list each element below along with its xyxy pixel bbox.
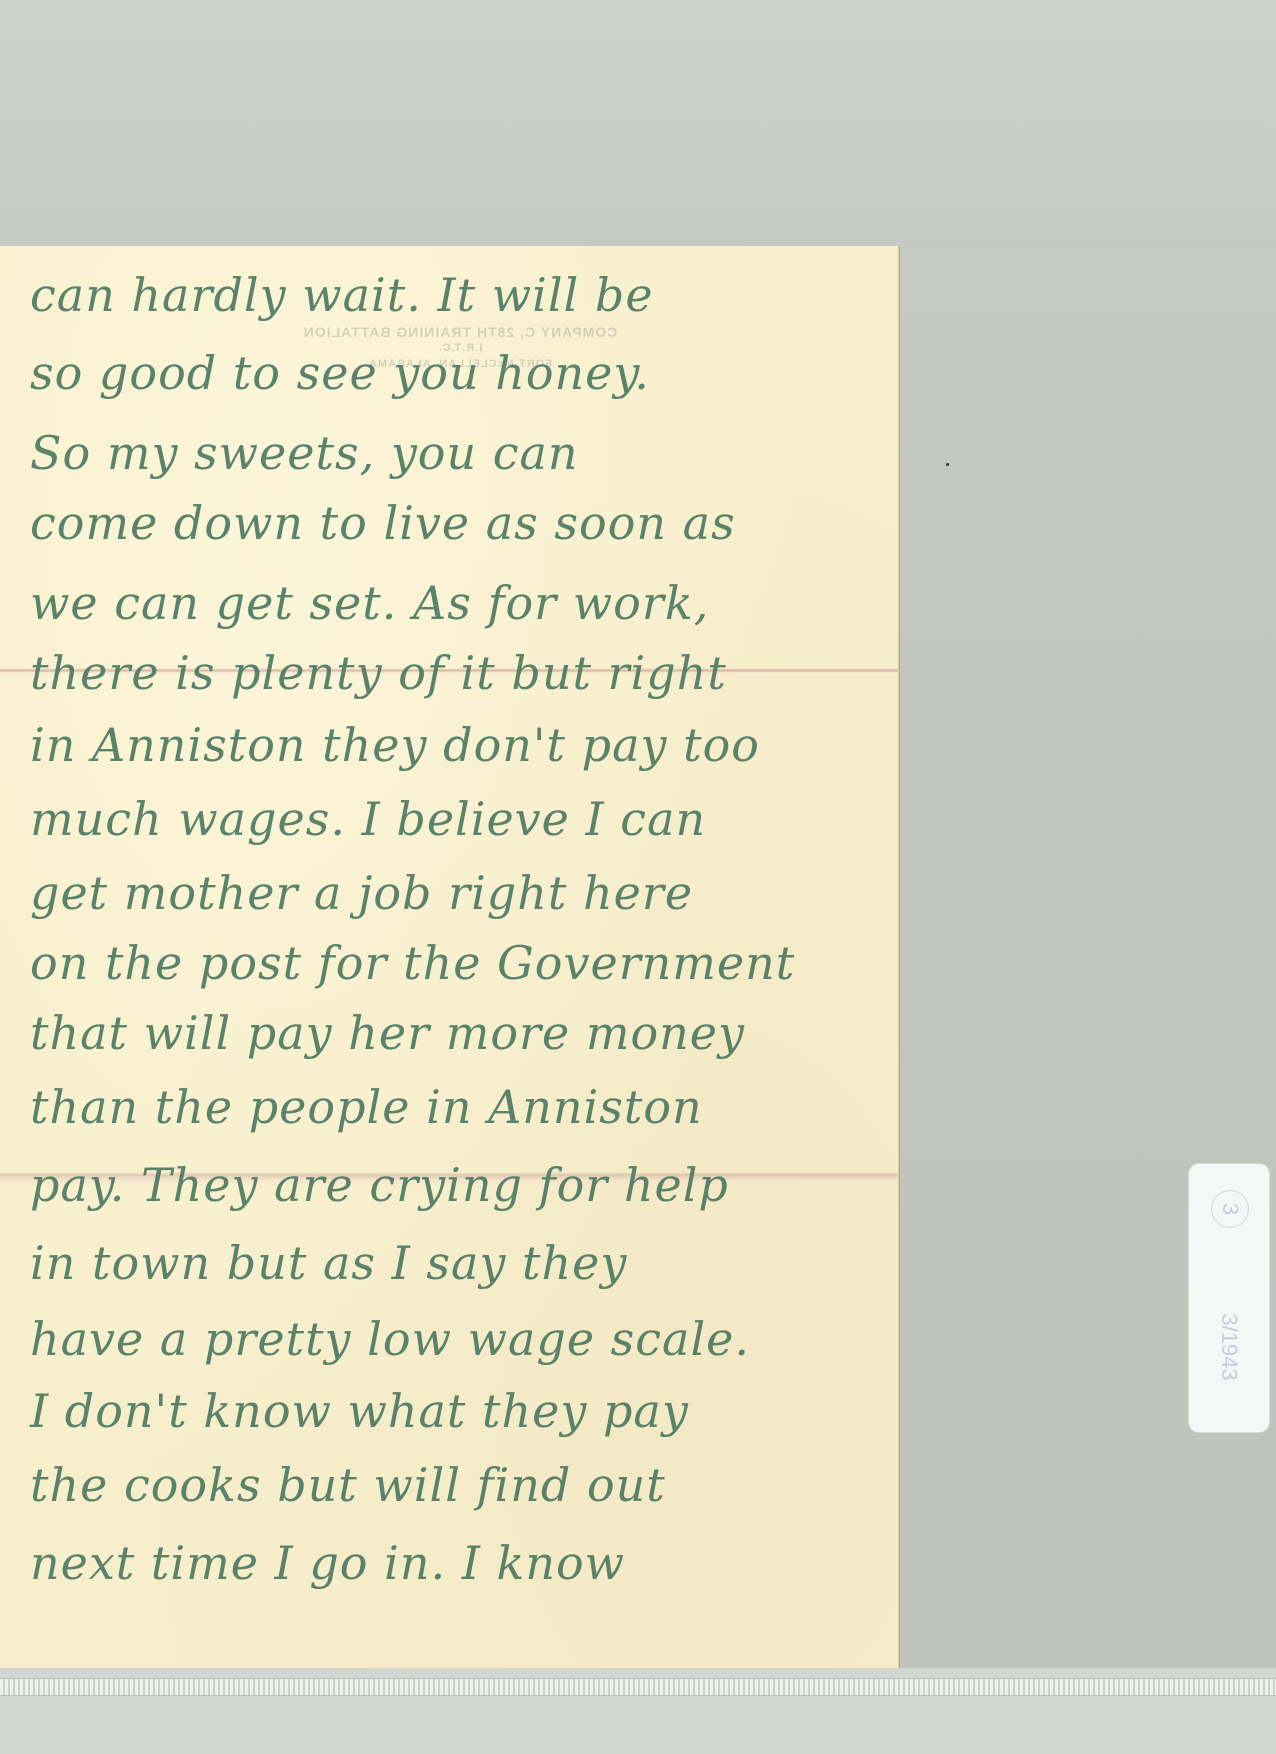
handwritten-line: we can get set. As for work, xyxy=(30,576,860,630)
handwritten-line: pay. They are crying for help xyxy=(30,1158,860,1212)
handwritten-line: come down to live as soon as xyxy=(30,496,860,550)
sleeve-seam xyxy=(0,1678,1276,1696)
handwritten-line: so good to see you honey. xyxy=(30,346,860,400)
handwritten-text: can hardly wait. It will be so good to s… xyxy=(0,246,898,1668)
letter-page: COMPANY C, 28TH TRAINING BATTALION I.R.T… xyxy=(0,246,899,1670)
handwritten-line: in Anniston they don't pay too xyxy=(30,718,860,772)
archival-label: 3 3/1943 xyxy=(1189,1164,1269,1432)
handwritten-line: have a pretty low wage scale. xyxy=(30,1312,860,1366)
handwritten-line: that will pay her more money xyxy=(30,1006,860,1060)
handwritten-line: in town but as I say they xyxy=(30,1236,860,1290)
handwritten-line: there is plenty of it but right xyxy=(30,646,860,700)
dust-speck xyxy=(946,463,949,466)
handwritten-line: get mother a job right here xyxy=(30,866,860,920)
handwritten-line: the cooks but will find out xyxy=(30,1458,860,1512)
handwritten-line: So my sweets, you can xyxy=(30,426,860,480)
handwritten-line: next time I go in. I know xyxy=(30,1536,860,1590)
sleeve-top-background xyxy=(0,0,1276,246)
archival-date-note: 3/1943 xyxy=(1216,1287,1242,1407)
handwritten-line: I don't know what they pay xyxy=(30,1384,860,1438)
handwritten-line: on the post for the Government xyxy=(30,936,860,990)
handwritten-line: much wages. I believe I can xyxy=(30,792,860,846)
handwritten-line: than the people in Anniston xyxy=(30,1080,860,1134)
handwritten-line: can hardly wait. It will be xyxy=(30,268,860,322)
page-number-circled: 3 xyxy=(1211,1190,1249,1228)
